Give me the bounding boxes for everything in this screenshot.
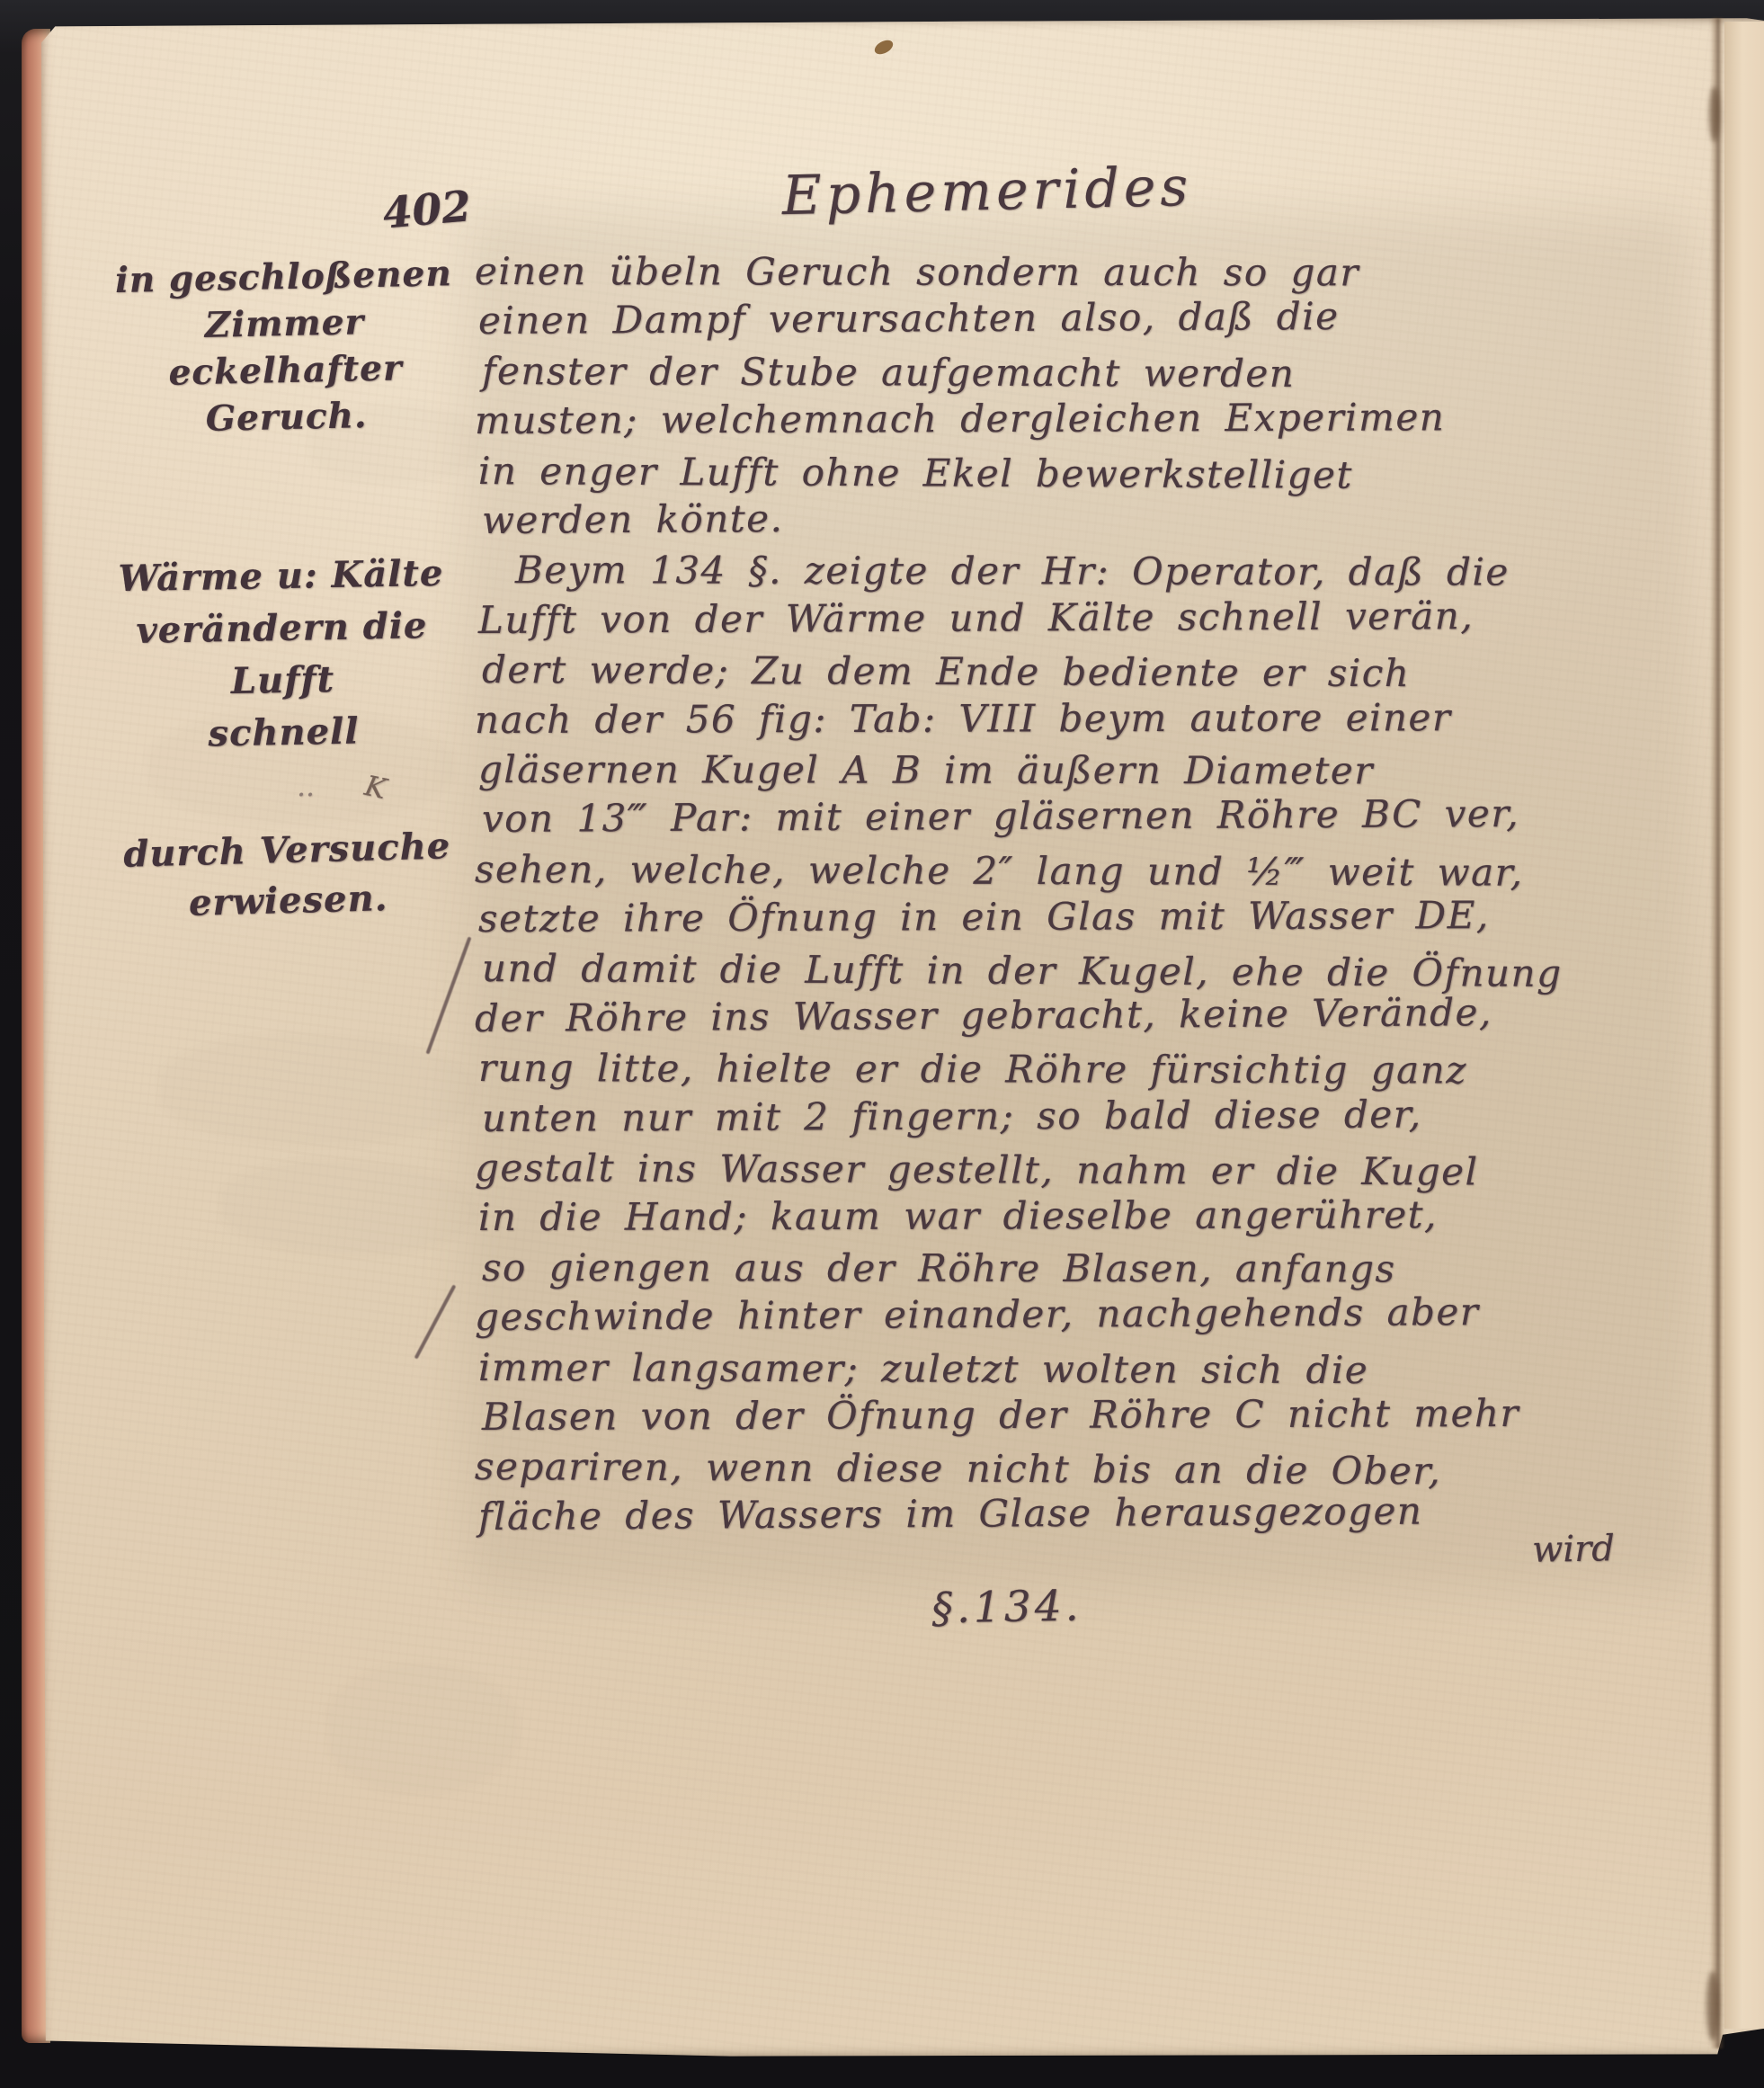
margin-note-line: Geruch. xyxy=(98,390,475,445)
margin-note-closed-room-smell: in geschloßenenZimmer eckelhafterGeruch. xyxy=(95,250,475,445)
body-text-line: der Röhre ins Wasser gebracht, keine Ver… xyxy=(475,986,1670,1044)
margin-note-line: schnell xyxy=(93,703,475,762)
body-text-line: dert werde; Zu dem Ende bediente er sich xyxy=(482,645,1678,700)
gutter-blot-top xyxy=(1709,86,1720,142)
margin-note-line: durch Versuche xyxy=(114,821,460,880)
body-text-line: setzte ihre Öfnung in ein Glas mit Wasse… xyxy=(478,889,1674,943)
margin-note-line: Zimmer eckelhafter xyxy=(96,297,474,398)
body-text: einen übeln Geruch sondern auch so garei… xyxy=(478,246,1674,1541)
facing-leaf xyxy=(1724,22,1764,2029)
body-text-line: Beym 134 §. zeigte der Hr: Operator, daß… xyxy=(475,545,1670,597)
body-text-line: Blasen von der Öfnung der Röhre C nicht … xyxy=(482,1388,1678,1441)
page-title: Ephemerides xyxy=(744,155,1230,228)
margin-note-line: erwiesen. xyxy=(115,871,461,931)
body-text-line: unten nur mit 2 fingern; so bald diese d… xyxy=(482,1088,1678,1143)
body-text-line: werden könte. xyxy=(482,488,1678,546)
gutter-blot-bottom xyxy=(1706,1971,1719,2041)
body-text-line: rung litte, hielte er die Röhre fürsicht… xyxy=(478,1043,1674,1095)
body-text-line: von 13‴ Par: mit einer gläsernen Röhre B… xyxy=(482,788,1678,843)
margin-note-line: in geschloßenen xyxy=(95,250,472,305)
margin-note-line: Wärme u: Kälte xyxy=(90,547,472,605)
binding-gutter-shadow xyxy=(1710,18,1724,2048)
margin-note-line: verändern die Lufft xyxy=(91,599,474,709)
body-text-line: in die Hand; kaum war dieselbe angerühre… xyxy=(478,1190,1674,1243)
body-text-line: nach der 56 fig: Tab: VIII beym autore e… xyxy=(475,692,1670,745)
body-text-line: einen Dampf verursachten also, daß die xyxy=(478,290,1674,345)
body-text-line: Lufft von der Wärme und Kälte schnell ve… xyxy=(478,590,1674,645)
section-mark: §.134. xyxy=(868,1580,1147,1634)
margin-note-proved-by-experiments: durch Versucheerwiesen. xyxy=(114,821,462,931)
dots-mark: ‥ xyxy=(297,772,315,803)
body-text-line: geschwinde hinter einander, nachgehends … xyxy=(475,1286,1670,1342)
margin-note-warm-cold-air: Wärme u: Kälteverändern die Lufftschnell xyxy=(90,547,475,762)
catchword: wird xyxy=(1448,1527,1700,1573)
archival-photo: { "colors":{ "background":"#141316", "pa… xyxy=(0,0,1764,2088)
body-text-line: musten; welchemnach dergleichen Experime… xyxy=(475,392,1670,446)
